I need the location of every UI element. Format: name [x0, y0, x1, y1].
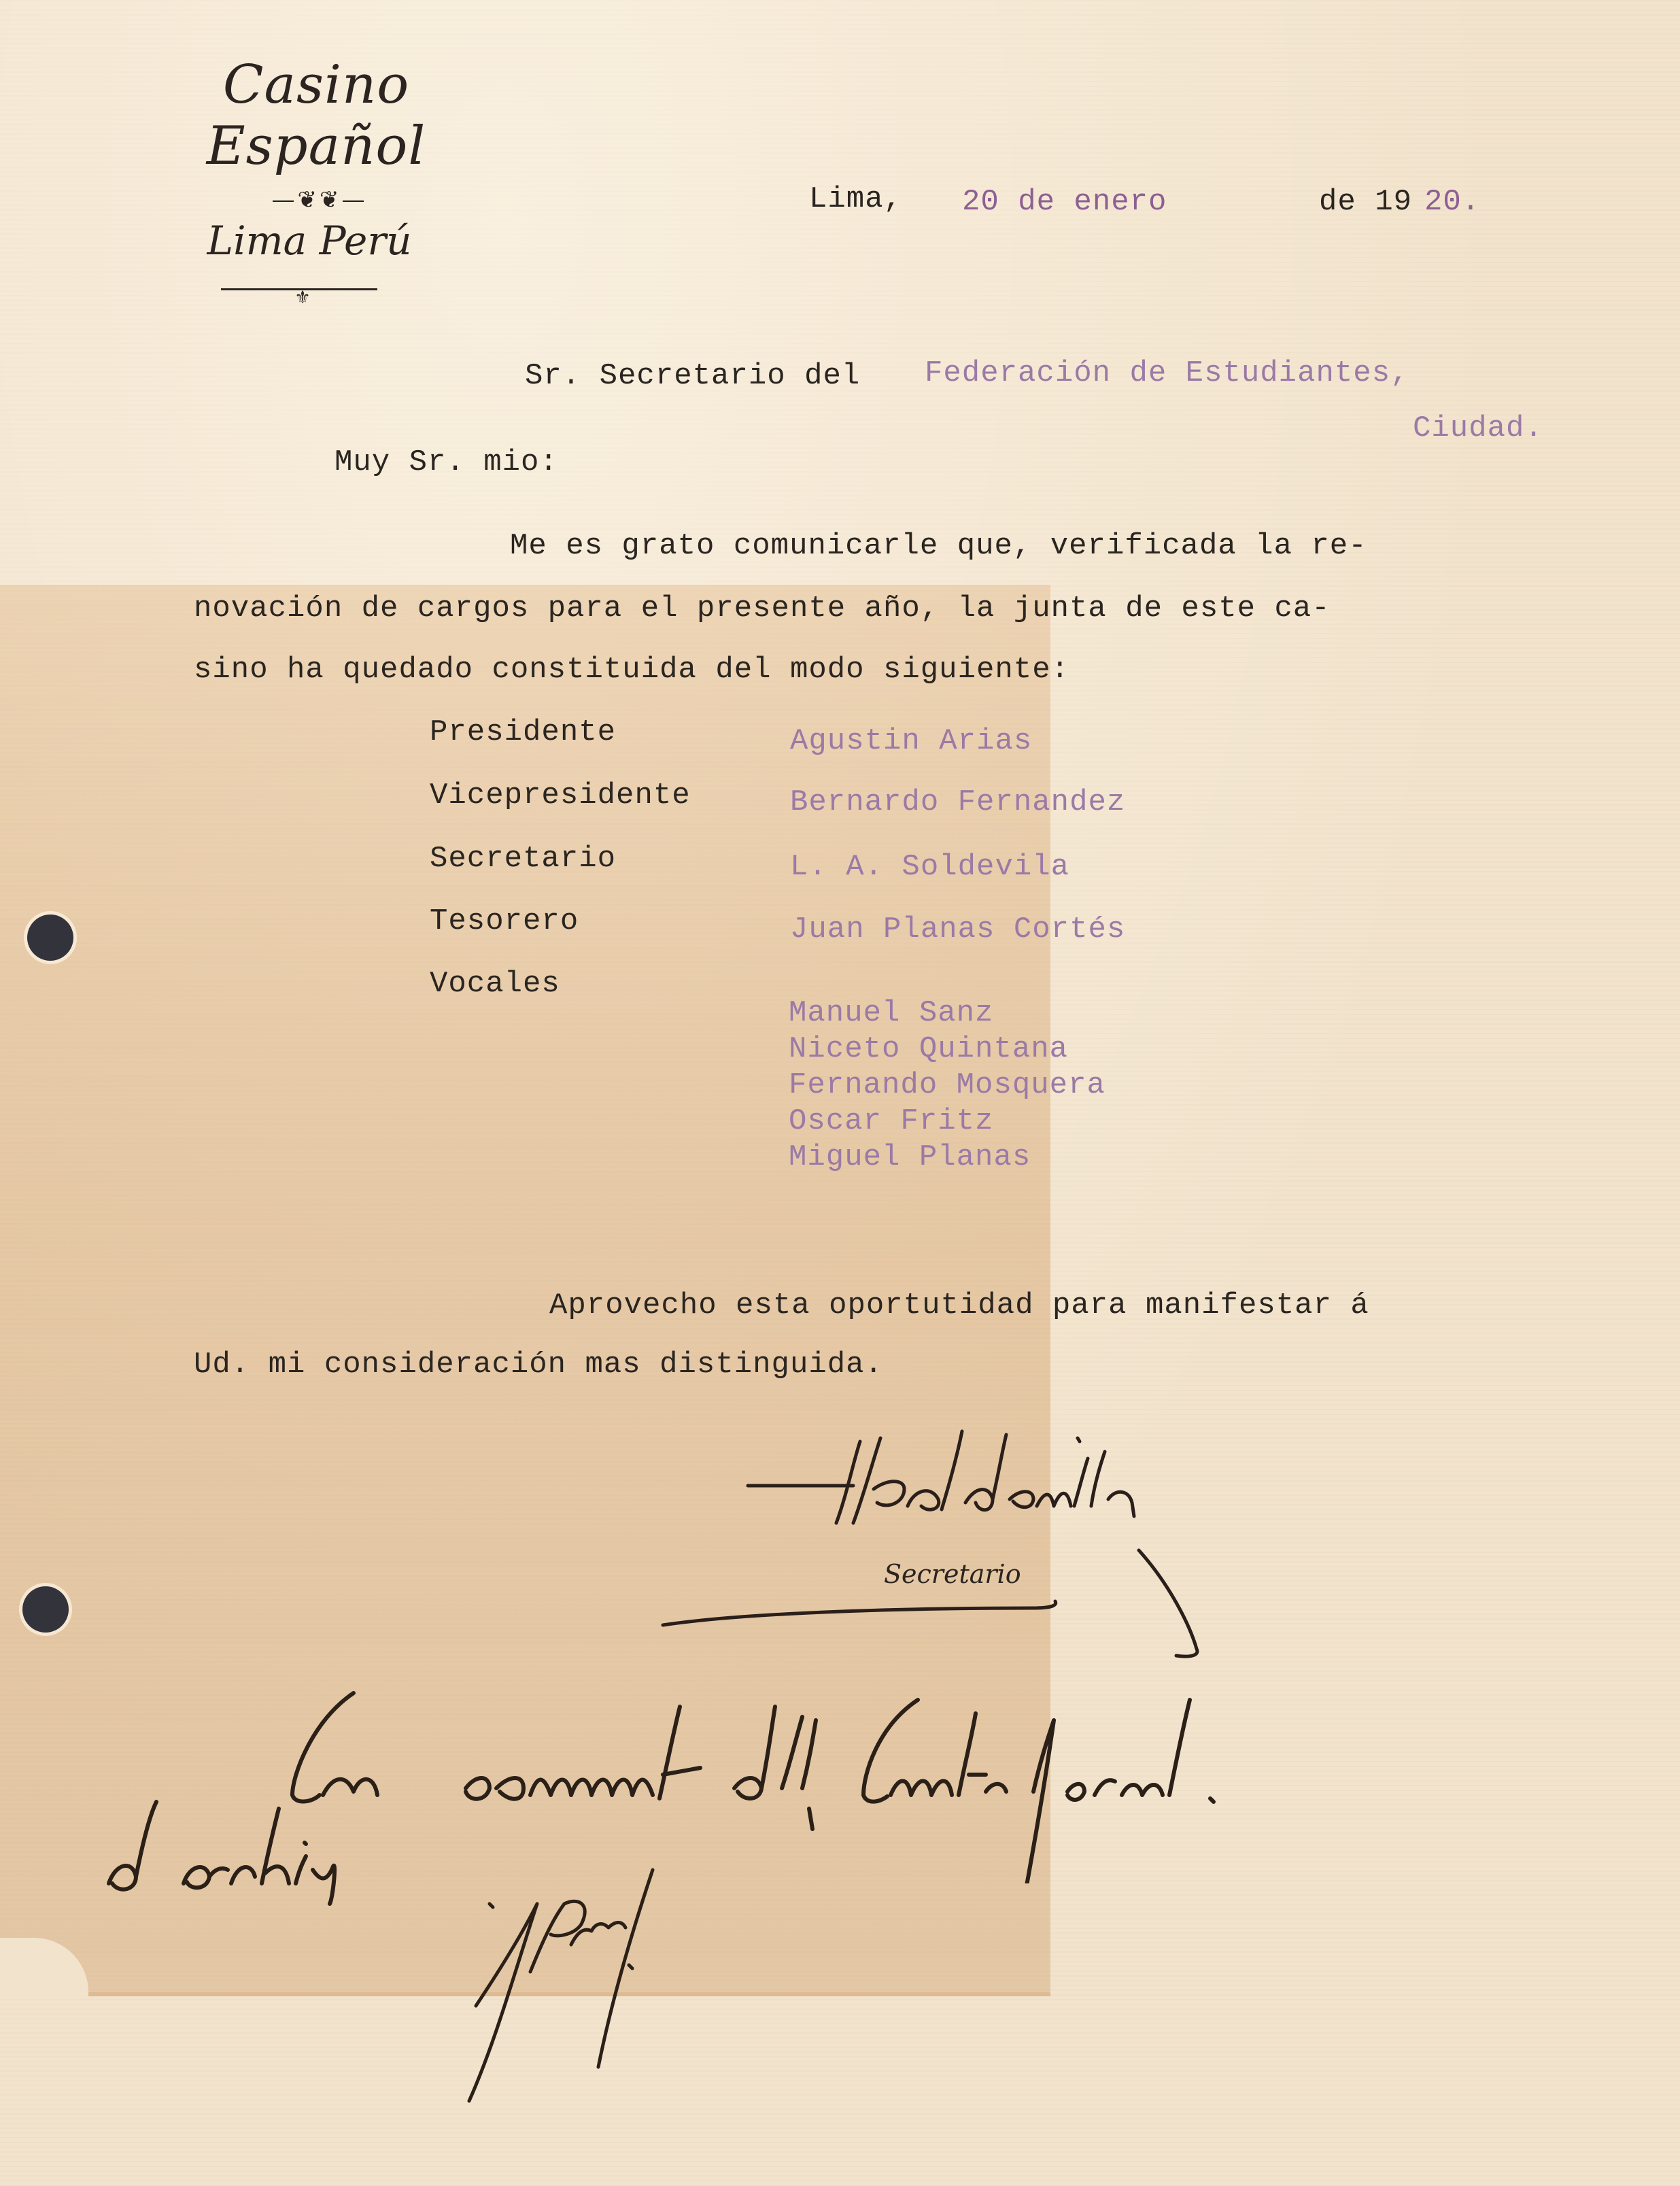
- signature-flourish: [653, 1543, 1231, 1679]
- vocal-5: Miguel Planas: [789, 1140, 1031, 1174]
- letterhead-city: Lima Perú: [102, 218, 517, 264]
- fleur-ornament-icon: ⚜: [88, 285, 517, 310]
- body-line-2: novación de cargos para el presente año,…: [194, 592, 1331, 626]
- role-vicepresidente: Vicepresidente: [430, 779, 691, 813]
- closing-line-2: Ud. mi consideración mas distinguida.: [194, 1348, 883, 1382]
- annotation-line-2: [95, 1795, 476, 1924]
- role-tesorero: Tesorero: [430, 904, 579, 938]
- vocal-2: Niceto Quintana: [789, 1032, 1068, 1066]
- name-presidente: Agustin Arias: [790, 724, 1032, 758]
- body-line-1: Me es grato comunicarle que, verificada …: [510, 529, 1367, 563]
- dateline-year-suffix: 20.: [1424, 185, 1480, 219]
- dateline-year-prefix: de 19: [1319, 185, 1412, 219]
- name-tesorero: Juan Planas Cortés: [790, 912, 1125, 946]
- role-secretario: Secretario: [430, 842, 616, 876]
- signature-soldevila: [734, 1421, 1210, 1543]
- ornament-icon: —❦❦—: [122, 186, 517, 214]
- body-line-3: sino ha quedado constituida del modo sig…: [194, 653, 1069, 687]
- addressee-organization: Federación de Estudiantes,: [925, 356, 1409, 390]
- dateline-day-month: 20 de enero: [962, 185, 1167, 219]
- role-presidente: Presidente: [430, 715, 616, 749]
- addressee-city: Ciudad.: [1413, 411, 1543, 445]
- name-vicepresidente: Bernardo Fernandez: [790, 785, 1125, 819]
- dateline-place: Lima,: [809, 182, 902, 216]
- salutation: Muy Sr. mio:: [335, 445, 558, 479]
- letterhead-title: Casino Español: [116, 54, 517, 177]
- name-secretario: L. A. Soldevila: [790, 850, 1069, 884]
- role-vocales: Vocales: [430, 967, 560, 1001]
- vocal-1: Manuel Sanz: [789, 996, 993, 1030]
- annotation-initials: [462, 1863, 693, 2108]
- vocal-3: Fernando Mosquera: [789, 1068, 1105, 1102]
- addressee-prefix: Sr. Secretario del: [525, 359, 860, 393]
- closing-line-1: Aprovecho esta oportutidad para manifest…: [549, 1288, 1369, 1322]
- letterhead: Casino Español —❦❦— Lima Perú ⚜: [136, 54, 517, 310]
- vocal-4: Oscar Fritz: [789, 1104, 993, 1138]
- punch-hole-top: [27, 915, 73, 961]
- punch-hole-bottom: [22, 1586, 69, 1633]
